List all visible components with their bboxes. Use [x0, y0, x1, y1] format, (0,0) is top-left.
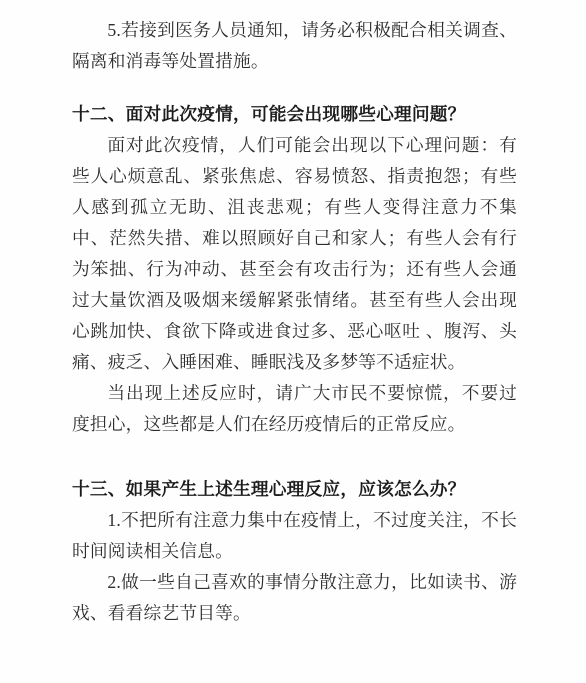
paragraph-advice-2: 2.做一些自己喜欢的事情分散注意力，比如读书、游戏、看看综艺节目等。 [72, 567, 517, 629]
paragraph-medical-notice: 5.若接到医务人员通知，请务必积极配合相关调查、隔离和消毒等处置措施。 [72, 15, 517, 77]
document-page: 5.若接到医务人员通知，请务必积极配合相关调查、隔离和消毒等处置措施。 十二、面… [0, 0, 586, 683]
section-heading-twelve: 十二、面对此次疫情，可能会出现哪些心理问题？ [72, 99, 517, 130]
paragraph-advice-1: 1.不把所有注意力集中在疫情上，不过度关注，不长时间阅读相关信息。 [72, 505, 517, 567]
paragraph-psychological-problems: 面对此次疫情，人们可能会出现以下心理问题：有些人心烦意乱、紧张焦虑、容易愤怒、指… [72, 130, 517, 378]
paragraph-normal-reaction: 当出现上述反应时，请广大市民不要惊慌，不要过度担心，这些都是人们在经历疫情后的正… [72, 378, 517, 440]
section-heading-thirteen: 十三、如果产生上述生理心理反应，应该怎么办？ [72, 474, 517, 505]
document-content: 5.若接到医务人员通知，请务必积极配合相关调查、隔离和消毒等处置措施。 十二、面… [72, 15, 517, 629]
